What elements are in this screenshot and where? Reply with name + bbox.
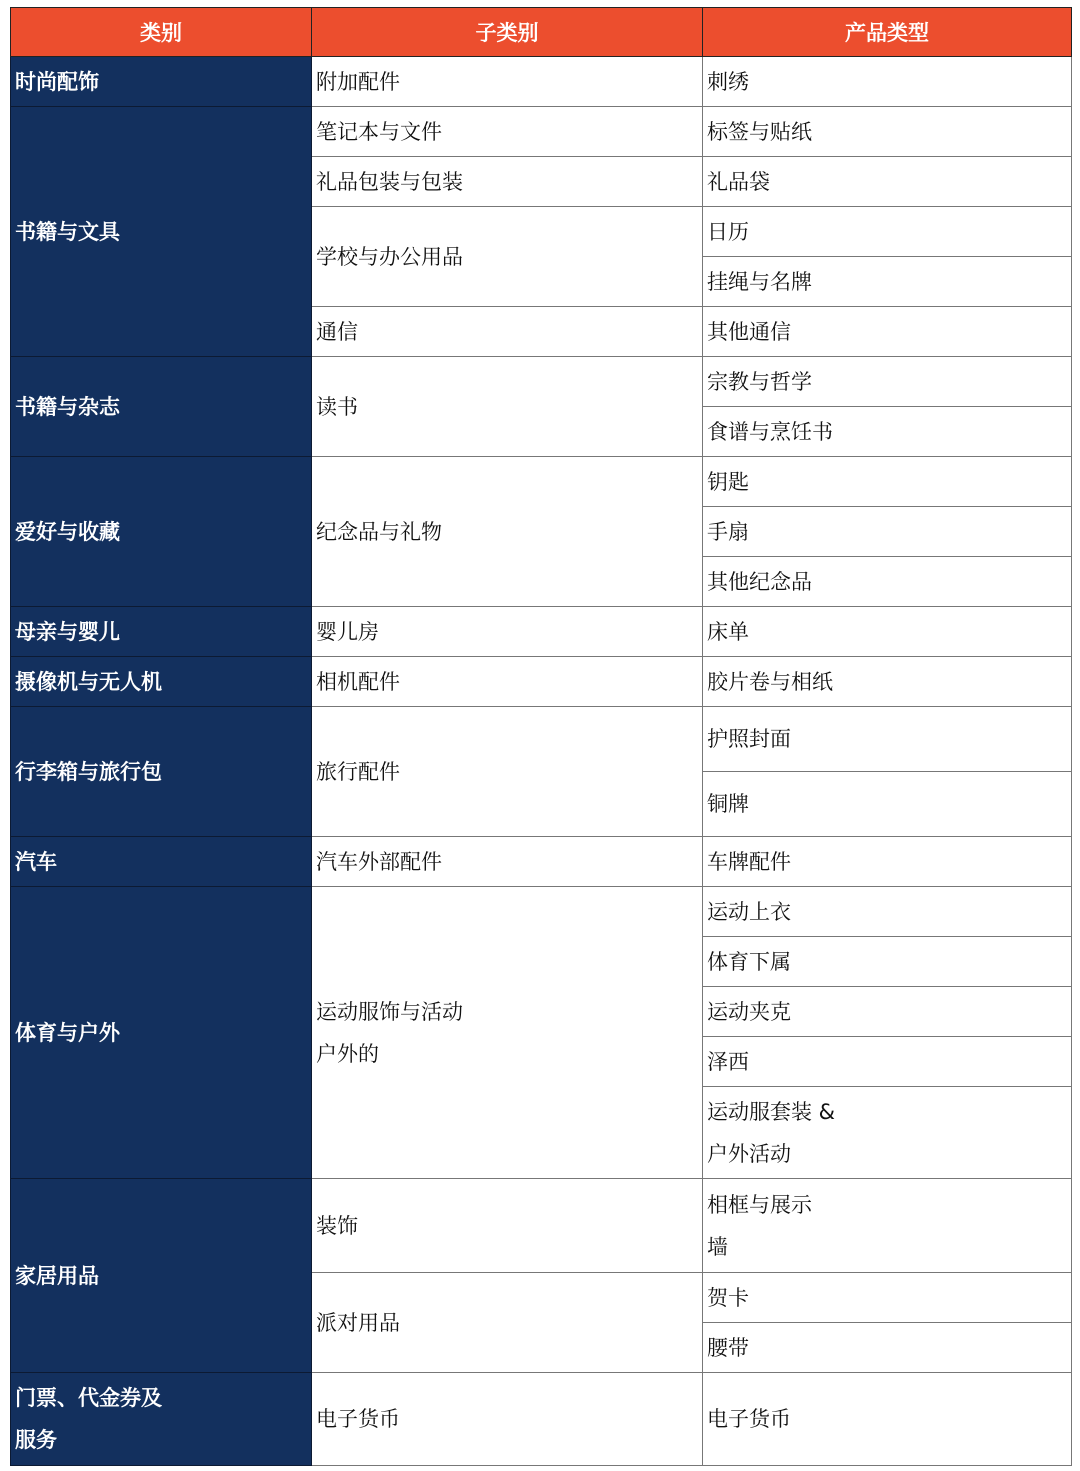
- product-line: 户外活动: [707, 1133, 1067, 1175]
- product-cell: 胶片卷与相纸: [703, 657, 1072, 707]
- category-cell: 体育与户外: [11, 887, 312, 1179]
- product-cell: 其他纪念品: [703, 557, 1072, 607]
- subcategory-cell: 运动服饰与活动户外的: [312, 887, 703, 1179]
- product-cell: 标签与贴纸: [703, 107, 1072, 157]
- product-cell: 体育下属: [703, 937, 1072, 987]
- product-cell: 车牌配件: [703, 837, 1072, 887]
- category-line: 门票、代金券及: [15, 1377, 307, 1419]
- product-cell: 运动服套装 &户外活动: [703, 1087, 1072, 1179]
- product-cell: 相框与展示墙: [703, 1179, 1072, 1273]
- product-cell: 铜牌: [703, 772, 1072, 837]
- category-cell: 行李箱与旅行包: [11, 707, 312, 837]
- header-category: 类别: [11, 8, 312, 57]
- subcategory-cell: 通信: [312, 307, 703, 357]
- product-cell: 护照封面: [703, 707, 1072, 772]
- product-cell: 其他通信: [703, 307, 1072, 357]
- category-cell: 家居用品: [11, 1179, 312, 1373]
- subcategory-cell: 旅行配件: [312, 707, 703, 837]
- category-cell: 摄像机与无人机: [11, 657, 312, 707]
- product-cell: 挂绳与名牌: [703, 257, 1072, 307]
- header-subcategory: 子类别: [312, 8, 703, 57]
- product-cell: 礼品袋: [703, 157, 1072, 207]
- category-cell: 汽车: [11, 837, 312, 887]
- header-product-type: 产品类型: [703, 8, 1072, 57]
- product-cell: 床单: [703, 607, 1072, 657]
- product-line: 运动服套装 &: [707, 1091, 1067, 1133]
- product-cell: 宗教与哲学: [703, 357, 1072, 407]
- subcategory-cell: 纪念品与礼物: [312, 457, 703, 607]
- subcategory-line: 户外的: [316, 1033, 698, 1075]
- product-cell: 钥匙: [703, 457, 1072, 507]
- category-table: 类别 子类别 产品类型 时尚配饰附加配件刺绣 书籍与文具笔记本与文件标签与贴纸 …: [10, 7, 1072, 1466]
- category-cell: 母亲与婴儿: [11, 607, 312, 657]
- subcategory-cell: 学校与办公用品: [312, 207, 703, 307]
- product-cell: 电子货币: [703, 1373, 1072, 1466]
- subcategory-cell: 礼品包装与包装: [312, 157, 703, 207]
- subcategory-line: 运动服饰与活动: [316, 991, 698, 1033]
- product-cell: 泽西: [703, 1037, 1072, 1087]
- subcategory-cell: 汽车外部配件: [312, 837, 703, 887]
- product-cell: 日历: [703, 207, 1072, 257]
- subcategory-cell: 笔记本与文件: [312, 107, 703, 157]
- category-cell: 爱好与收藏: [11, 457, 312, 607]
- category-cell: 时尚配饰: [11, 57, 312, 107]
- product-cell: 手扇: [703, 507, 1072, 557]
- subcategory-cell: 相机配件: [312, 657, 703, 707]
- subcategory-cell: 附加配件: [312, 57, 703, 107]
- product-line: 墙: [707, 1226, 1067, 1268]
- subcategory-cell: 电子货币: [312, 1373, 703, 1466]
- category-cell: 书籍与文具: [11, 107, 312, 357]
- category-line: 服务: [15, 1419, 307, 1461]
- category-cell: 门票、代金券及服务: [11, 1373, 312, 1466]
- product-cell: 贺卡: [703, 1273, 1072, 1323]
- product-cell: 运动上衣: [703, 887, 1072, 937]
- subcategory-cell: 装饰: [312, 1179, 703, 1273]
- product-cell: 运动夹克: [703, 987, 1072, 1037]
- product-cell: 刺绣: [703, 57, 1072, 107]
- product-line: 相框与展示: [707, 1184, 1067, 1226]
- product-cell: 食谱与烹饪书: [703, 407, 1072, 457]
- subcategory-cell: 派对用品: [312, 1273, 703, 1373]
- category-cell: 书籍与杂志: [11, 357, 312, 457]
- subcategory-cell: 读书: [312, 357, 703, 457]
- product-cell: 腰带: [703, 1323, 1072, 1373]
- subcategory-cell: 婴儿房: [312, 607, 703, 657]
